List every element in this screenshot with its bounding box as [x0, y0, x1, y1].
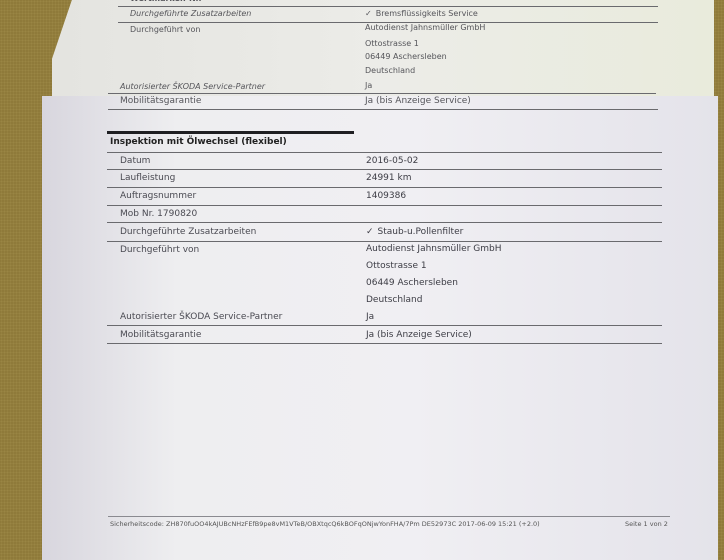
performed-by-line-4: Deutschland	[366, 295, 422, 305]
performed-by-line-1: Autodienst Jahnsmüller GmbH	[365, 23, 485, 32]
doc-id: DE52973C	[422, 520, 456, 528]
date-label: Datum	[120, 156, 150, 166]
authorized-partner-label: Autorisierter ŠKODA Service-Partner	[120, 82, 265, 91]
order-number-value: 1409386	[366, 191, 406, 201]
mileage-label: Laufleistung	[120, 173, 175, 183]
check-icon: ✓	[366, 227, 374, 237]
performed-by-label: Durchgeführt von	[130, 25, 200, 34]
authorized-partner-value: Ja	[366, 312, 374, 322]
timestamp: 2017-06-09 15:21 (+2.0)	[458, 520, 540, 528]
additional-work-value: ✓Bremsflüssigkeits Service	[365, 9, 478, 18]
mobility-guarantee-value: Ja (bis Anzeige Service)	[365, 96, 471, 106]
section-title: Inspektion mit Ölwechsel (flexibel)	[110, 137, 287, 147]
cut-off-label: Wertmarken-Nr.	[130, 0, 202, 3]
security-code: Sicherheitscode: ZH870fuOO4kAJUBcNHzFEfB…	[110, 520, 540, 528]
performed-by-label: Durchgeführt von	[120, 245, 199, 255]
performed-by-line-1: Autodienst Jahnsmüller GmbH	[366, 244, 502, 254]
additional-work-label: Durchgeführte Zusatzarbeiten	[120, 227, 256, 237]
page-number: Seite 1 von 2	[625, 520, 668, 528]
additional-work-value: ✓Staub-u.Pollenfilter	[366, 227, 463, 237]
date-value: 2016-05-02	[366, 156, 418, 166]
performed-by-line-3: 06449 Aschersleben	[365, 52, 447, 61]
performed-by-line-2: Ottostrasse 1	[365, 39, 419, 48]
order-number-label: Auftragsnummer	[120, 191, 196, 201]
check-icon: ✓	[365, 9, 372, 18]
mileage-value: 24991 km	[366, 173, 411, 183]
authorized-partner-value: Ja	[365, 81, 372, 90]
performed-by-line-3: 06449 Aschersleben	[366, 278, 458, 288]
mob-number-label: Mob Nr. 1790820	[120, 209, 197, 219]
mobility-guarantee-value: Ja (bis Anzeige Service)	[366, 330, 472, 340]
additional-work-label: Durchgeführte Zusatzarbeiten	[130, 9, 251, 18]
mobility-guarantee-label: Mobilitätsgarantie	[120, 96, 201, 106]
authorized-partner-label: Autorisierter ŠKODA Service-Partner	[120, 312, 282, 322]
performed-by-line-2: Ottostrasse 1	[366, 261, 427, 271]
mobility-guarantee-label: Mobilitätsgarantie	[120, 330, 201, 340]
performed-by-line-4: Deutschland	[365, 66, 415, 75]
